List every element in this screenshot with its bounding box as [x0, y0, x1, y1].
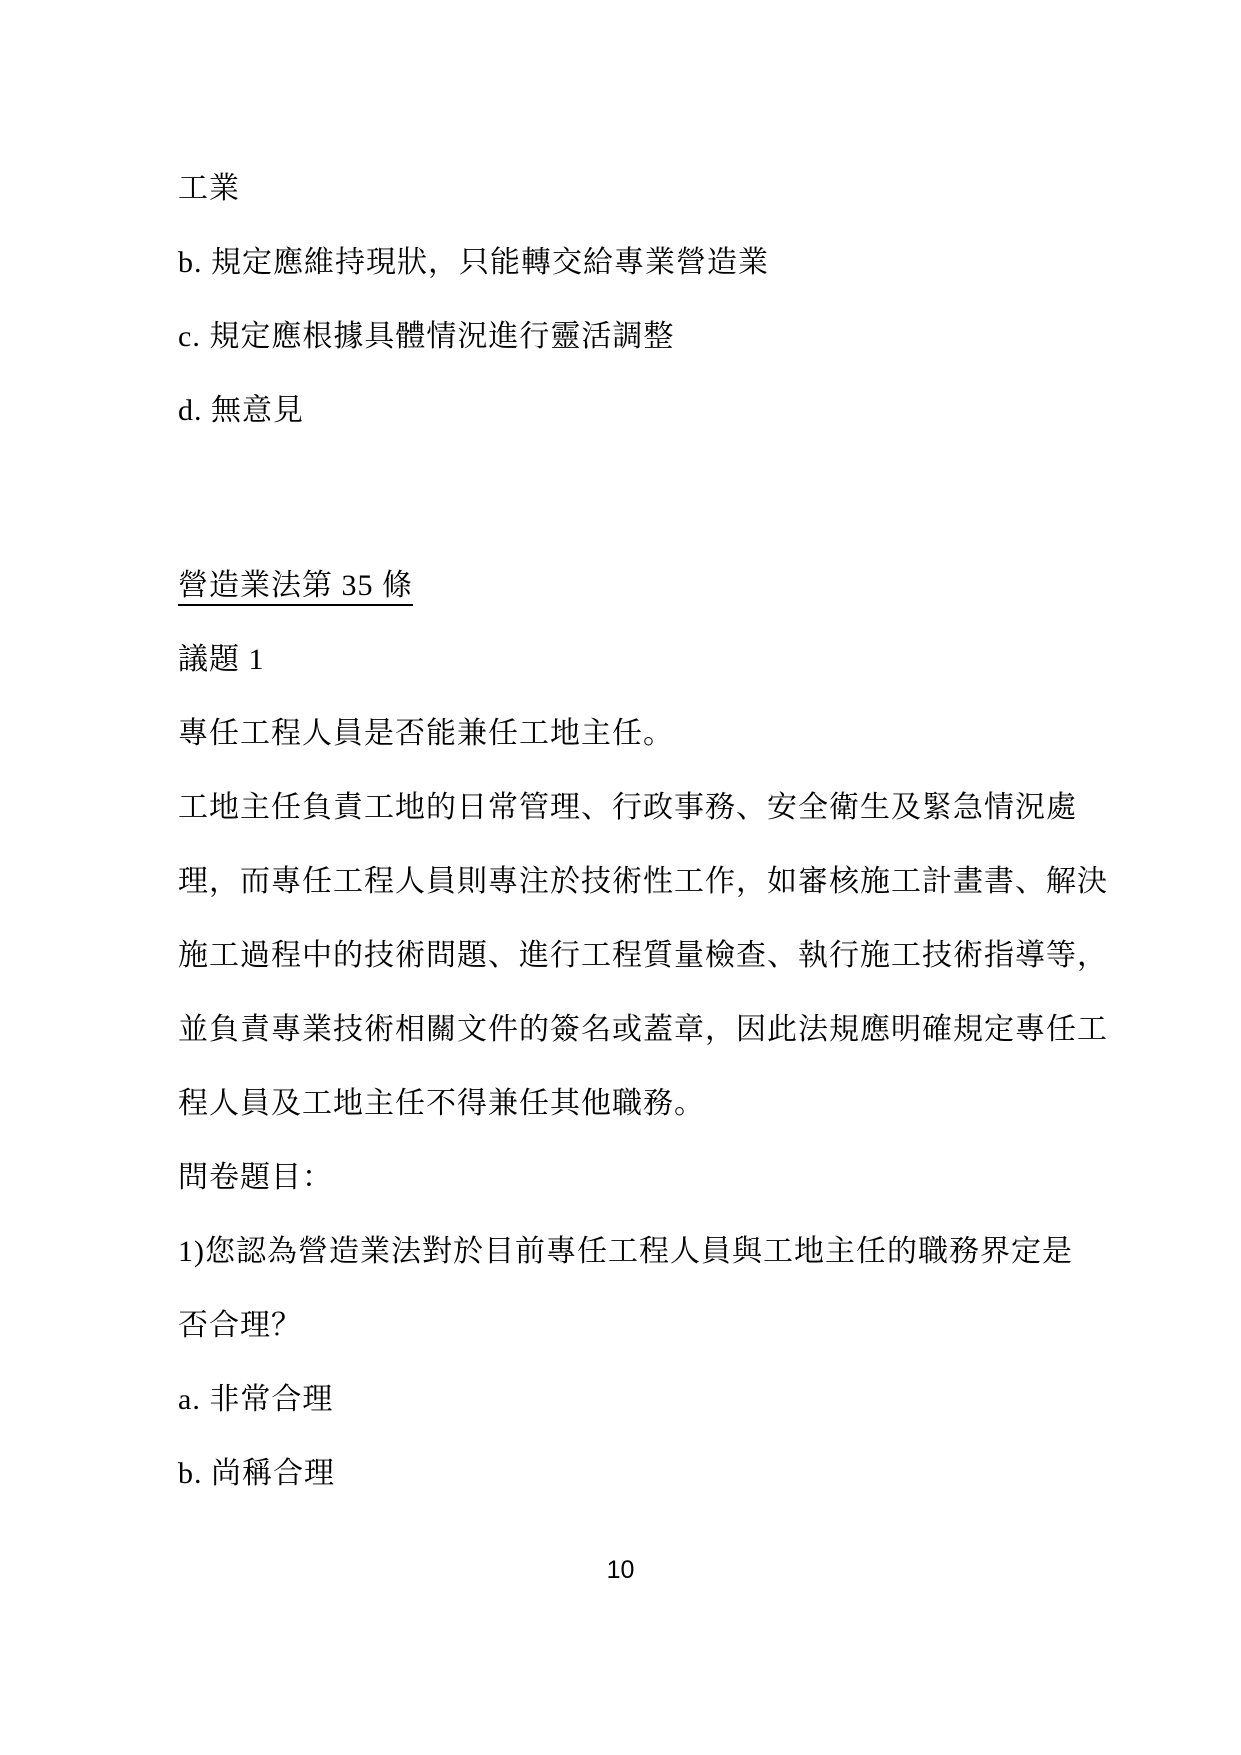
questionnaire-label-line: 問卷題目：	[178, 1137, 1098, 1211]
option-line-d: d. 無意見	[178, 370, 1098, 444]
issue-title-line: 專任工程人員是否能兼任工地主任。	[178, 693, 1098, 767]
question-line: 否合理？	[178, 1285, 1098, 1359]
option-line-b: b. 規定應維持現狀，只能轉交給專業營造業	[178, 222, 1098, 296]
paragraph-line: 並負責專業技術相關文件的簽名或蓋章，因此法規應明確規定專任工	[178, 989, 1098, 1063]
section-heading: 營造業法第 35 條	[178, 560, 413, 604]
question-line: 1)您認為營造業法對於目前專任工程人員與工地主任的職務界定是	[178, 1211, 1098, 1285]
paragraph-line: 施工過程中的技術問題、進行工程質量檢查、執行施工技術指導等，	[178, 915, 1098, 989]
page-number: 10	[0, 1556, 1241, 1585]
page-body: 工業 b. 規定應維持現狀，只能轉交給專業營造業 c. 規定應根據具體情況進行靈…	[178, 148, 1098, 1507]
document-page: 工業 b. 規定應維持現狀，只能轉交給專業營造業 c. 規定應根據具體情況進行靈…	[0, 0, 1241, 1755]
blank-gap	[178, 444, 1098, 545]
issue-label-line: 議題 1	[178, 619, 1098, 693]
prev-option-tail-line: 工業	[178, 148, 1098, 222]
paragraph-line: 程人員及工地主任不得兼任其他職務。	[178, 1063, 1098, 1137]
answer-option-line-b: b. 尚稱合理	[178, 1433, 1098, 1507]
paragraph-line: 理，而專任工程人員則專注於技術性工作，如審核施工計畫書、解決	[178, 841, 1098, 915]
option-line-c: c. 規定應根據具體情況進行靈活調整	[178, 296, 1098, 370]
paragraph-line: 工地主任負責工地的日常管理、行政事務、安全衛生及緊急情況處	[178, 767, 1098, 841]
answer-option-line-a: a. 非常合理	[178, 1359, 1098, 1433]
section-heading-line: 營造業法第 35 條	[178, 545, 1098, 619]
